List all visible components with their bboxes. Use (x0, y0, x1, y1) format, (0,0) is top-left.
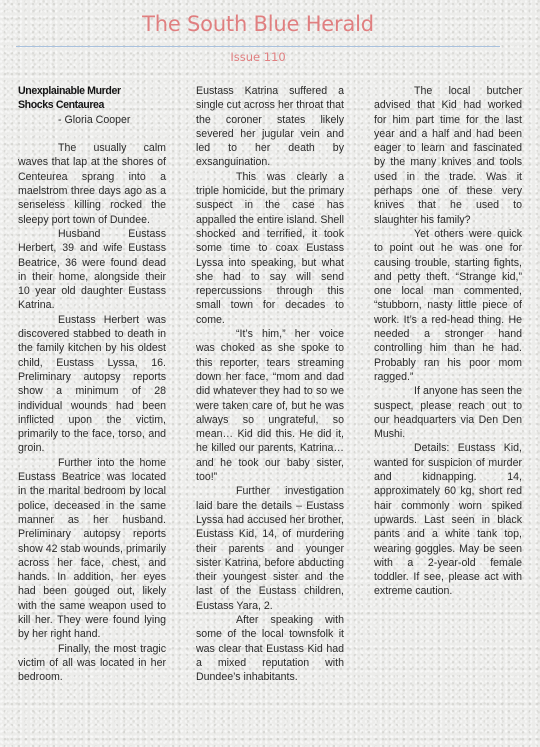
article-headline-line-2: Shocks Centaurea (18, 98, 166, 112)
masthead-title: The South Blue Herald (0, 12, 516, 36)
article-column-3: The local butcher advised that Kid had w… (374, 84, 522, 599)
paragraph: Yet others were quick to point out he wa… (374, 227, 522, 384)
paragraph: Eustass Katrina suffered a single cut ac… (196, 84, 344, 170)
paragraph: Finally, the most tragic victim of all w… (18, 642, 166, 685)
paragraph: If anyone has seen the suspect, please r… (374, 384, 522, 441)
paragraph: Further investigation laid bare the deta… (196, 484, 344, 613)
article-column-2: Eustass Katrina suffered a single cut ac… (196, 84, 344, 684)
newspaper-page: The South Blue Herald Issue 110 Unexplai… (0, 0, 540, 747)
paragraph: Husband Eustass Herbert, 39 and wife Eus… (18, 227, 166, 313)
paragraph: Eustass Herbert was discovered stabbed t… (18, 313, 166, 456)
article-byline: - Gloria Cooper (18, 113, 166, 127)
paragraph: The local butcher advised that Kid had w… (374, 84, 522, 227)
article-headline-line-1: Unexplainable Murder (18, 84, 166, 98)
paragraph: Further into the home Eustass Beatrice w… (18, 456, 166, 642)
paragraph: “It’s him,” her voice was choked as she … (196, 327, 344, 484)
masthead-divider (16, 46, 500, 47)
paragraph: Details: Eustass Kid, wanted for suspici… (374, 441, 522, 598)
paragraph: After speaking with some of the local to… (196, 613, 344, 684)
issue-number: Issue 110 (0, 50, 516, 64)
article-column-1: Unexplainable Murder Shocks Centaurea - … (18, 84, 166, 684)
paragraph: This was clearly a triple homicide, but … (196, 170, 344, 327)
paragraph: The usually calm waves that lap at the s… (18, 141, 166, 227)
